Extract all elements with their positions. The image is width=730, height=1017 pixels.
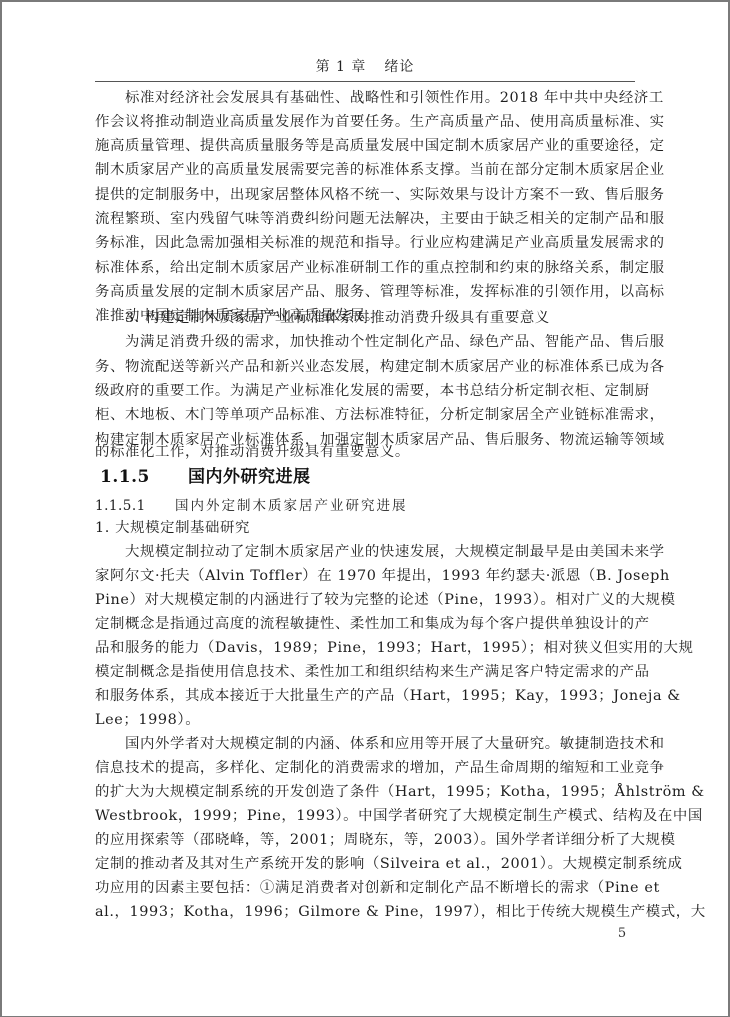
paragraph-line: 标准对经济社会发展具有基础性、战略性和引领性作用。2018 年中共中央经济工 <box>125 86 635 110</box>
paragraph-line: 和服务体系，其成本接近于大批量生产的产品（Hart，1995；Kay，1993；… <box>95 684 635 708</box>
paragraph-line: 级政府的重要工作。为满足产业标准化发展的需要，本书总结分析定制衣柜、定制厨 <box>95 379 635 403</box>
section-title: 国内外研究进展 <box>188 467 311 487</box>
paragraph-line: 为满足消费升级的需求，加快推动个性定制化产品、绿色产品、智能产品、售后服 <box>125 330 635 354</box>
subsection-title: 国内外定制木质家居产业研究进展 <box>175 498 408 514</box>
paragraph-line: 定制的推动者及其对生产系统开发的影响（Silveira et al.，2001）… <box>95 852 635 876</box>
paragraph-line: 务、物流配送等新兴产品和新兴业态发展，构建定制木质家居产业的标准体系已成为各 <box>95 355 635 379</box>
section-number: 1.1.5 <box>100 463 188 491</box>
paragraph-line: 国内外学者对大规模定制的内涵、体系和应用等开展了大量研究。敏捷制造技术和 <box>125 732 635 756</box>
paragraph-line: 施高质量管理、提供高质量服务等是高质量发展中国定制木质家居产业的重要途径，定 <box>95 134 635 158</box>
subsection-heading: 1.1.5.1国内外定制木质家居产业研究进展 <box>95 494 408 518</box>
paragraph-line: 品和服务的能力（Davis，1989；Pine，1993；Hart，1995）；… <box>95 636 635 660</box>
header-rule <box>95 81 635 82</box>
paragraph-line: 的应用探索等（邵晓峰，等，2001；周晓东，等，2003）。国外学者详细分析了大… <box>95 828 635 852</box>
paragraph-line: 信息技术的提高，多样化、定制化的消费需求的增加，产品生命周期的缩短和工业竞争 <box>95 756 635 780</box>
paragraph-line: Lee；1998）。 <box>95 708 635 732</box>
chapter-label: 第 1 章 <box>316 59 367 75</box>
running-head: 第 1 章绪论 <box>95 56 635 80</box>
paragraph-line: al.，1993；Kotha，1996；Gilmore & Pine，1997）… <box>95 900 635 924</box>
page-number: 5 <box>612 926 632 946</box>
paragraph-line: 作会议将推动制造业高质量发展作为首要任务。生产高质量产品、使用高质量标准、实 <box>95 110 635 134</box>
item-heading-3: 3. 构建定制木质家居产业标准体系对推动消费升级具有重要意义 <box>125 306 635 330</box>
paragraph-line: 的扩大为大规模定制系统的开发创造了条件（Hart，1995；Kotha，1995… <box>95 780 635 804</box>
subsection-number: 1.1.5.1 <box>95 494 175 518</box>
chapter-title: 绪论 <box>384 59 414 75</box>
paragraph-line: 定制概念是指通过高度的流程敏捷性、柔性加工和集成为每个客户提供单独设计的产 <box>95 612 635 636</box>
paragraph-line: 标准体系，给出定制木质家居产业标准研制工作的重点控制和约束的脉络关系，制定服 <box>95 256 635 280</box>
item-heading-1: 1. 大规模定制基础研究 <box>95 516 635 540</box>
paragraph-line: 大规模定制拉动了定制木质家居产业的快速发展，大规模定制最早是由美国未来学 <box>125 540 635 564</box>
paragraph-line: 的标准化工作，对推动消费升级具有重要意义。 <box>95 440 635 464</box>
paragraph-line: 模定制概念是指使用信息技术、柔性加工和组织结构来生产满足客户特定需求的产品 <box>95 660 635 684</box>
paragraph-line: 柜、木地板、木门等单项产品标准、方法标准特征，分析定制家居全产业链标准需求， <box>95 403 635 427</box>
paragraph-line: 制木质家居产业的高质量发展需要完善的标准体系支撑。当前在部分定制木质家居企业 <box>95 158 635 182</box>
paragraph-line: 流程繁琐、室内残留气味等消费纠纷问题无法解决，主要由于缺乏相关的定制产品和服 <box>95 207 635 231</box>
section-heading: 1.1.5国内外研究进展 <box>100 463 630 491</box>
paragraph-line: Pine）对大规模定制的内涵进行了较为完整的论述（Pine，1993）。相对广义… <box>95 588 635 612</box>
paragraph-line: 家阿尔文·托夫（Alvin Toffler）在 1970 年提出，1993 年约… <box>95 564 635 588</box>
paragraph-line: 务高质量发展的定制木质家居产品、服务、管理等标准，发挥标准的引领作用，以高标 <box>95 280 635 304</box>
paragraph-line: 务标准，因此急需加强相关标准的规范和指导。行业应构建满足产业高质量发展需求的 <box>95 231 635 255</box>
paragraph-line: Westbrook，1999；Pine，1993）。中国学者研究了大规模定制生产… <box>95 804 635 828</box>
paragraph-line: 提供的定制服务中，出现家居整体风格不统一、实际效果与设计方案不一致、售后服务 <box>95 183 635 207</box>
paragraph-line: 功应用的因素主要包括：①满足消费者对创新和定制化产品不断增长的需求（Pine e… <box>95 876 635 900</box>
